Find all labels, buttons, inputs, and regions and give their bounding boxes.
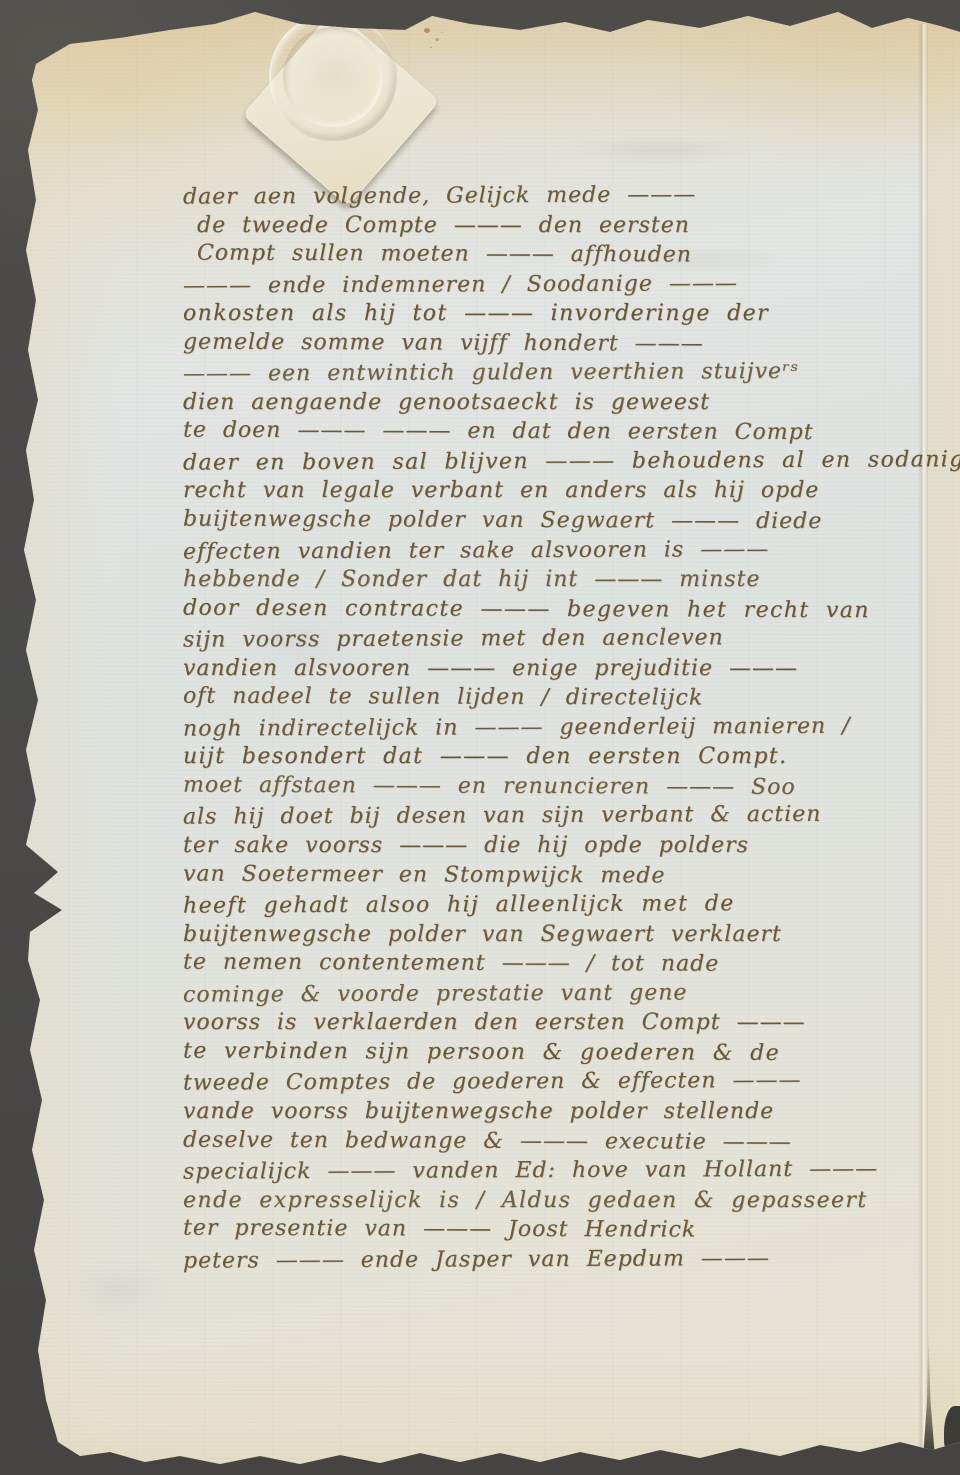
manuscript-line: vande voorss buijtenwegsche polder stell…	[183, 1097, 921, 1127]
manuscript-line: door desen contracte ——— begeven het rec…	[183, 593, 921, 625]
manuscript-line: voorss is verklaerden den eersten Compt …	[183, 1008, 921, 1038]
manuscript-line: ——— ende indemneren / Soodanige ———	[183, 268, 921, 301]
manuscript-line: cominge & voorde prestatie vant gene	[183, 977, 921, 1010]
manuscript-line: dien aengaende genootsaeckt is geweest	[183, 388, 921, 418]
manuscript-line: sijn voorss praetensie met den aencleven	[183, 623, 921, 656]
manuscript-line: daer aen volgende, Gelijck mede ———	[183, 179, 921, 212]
manuscript-line: oft nadeel te sullen lijden / directelij…	[183, 682, 921, 714]
manuscript-line: buijtenwegsche polder van Segwaert verkl…	[183, 920, 921, 950]
manuscript-line: uijt besondert dat ——— den eersten Compt…	[183, 742, 921, 772]
manuscript-line: buijtenwegsche polder van Segwaert ——— d…	[183, 505, 921, 537]
manuscript-line: onkosten als hij tot ——— invorderinge de…	[183, 299, 921, 329]
manuscript-line: tweede Comptes de goederen & effecten ——…	[183, 1066, 921, 1099]
manuscript-line: ter sake voorss ——— die hij opde polders	[183, 831, 921, 861]
foxing-spots	[424, 28, 430, 33]
manuscript-line: te doen ——— ——— en dat den eersten Compt	[183, 416, 921, 448]
manuscript-line: ——— een entwintich gulden veerthien stui…	[183, 357, 921, 390]
manuscript-line: als hij doet bij desen van sijn verbant …	[183, 800, 921, 833]
manuscript-line: ende expresselijck is / Aldus gedaen & g…	[183, 1186, 921, 1216]
manuscript-page: daer aen volgende, Gelijck mede ——— de t…	[0, 0, 960, 1475]
manuscript-line: specialijck ——— vanden Ed: hove van Holl…	[183, 1154, 921, 1187]
manuscript-line: deselve ten bedwange & ——— executie ———	[183, 1125, 921, 1157]
embossed-seal-icon	[269, 13, 397, 141]
manuscript-line: daer en boven sal blijven ——— behoudens …	[183, 445, 921, 478]
manuscript-line: hebbende / Sonder dat hij int ——— minste	[183, 565, 921, 595]
manuscript-line: recht van legale verbant en anders als h…	[183, 476, 921, 506]
manuscript-line: moet affstaen ——— en renuncieren ——— Soo	[183, 771, 921, 803]
corner-ink-blot	[944, 1406, 960, 1462]
manuscript-line: peters ——— ende Jasper van Eepdum ———	[183, 1243, 921, 1276]
manuscript-line: te nemen contentement ——— / tot nade	[183, 948, 921, 980]
manuscript-line: te verbinden sijn persoon & goederen & d…	[183, 1036, 921, 1068]
manuscript-line: de tweede Compte ——— den eersten	[197, 211, 921, 241]
manuscript-line: nogh indirectelijck in ——— geenderleij m…	[183, 711, 921, 744]
manuscript-line: Compt sullen moeten ——— affhouden	[197, 239, 921, 271]
manuscript-line: vandien alsvooren ——— enige prejuditie —…	[183, 654, 921, 684]
scan: { "document": { "kind_label": "17th-cent…	[0, 0, 960, 1475]
manuscript-line: ter presentie van ——— Joost Hendrick	[183, 1214, 921, 1246]
manuscript-line: van Soetermeer en Stompwijck mede	[183, 859, 921, 891]
manuscript-text: daer aen volgende, Gelijck mede ——— de t…	[183, 181, 921, 1274]
manuscript-line: effecten vandien ter sake alsvooren is —…	[183, 534, 921, 567]
manuscript-line: heeft gehadt alsoo hij alleenlijck met d…	[183, 889, 921, 922]
manuscript-line: gemelde somme van vijff hondert ———	[183, 327, 921, 359]
